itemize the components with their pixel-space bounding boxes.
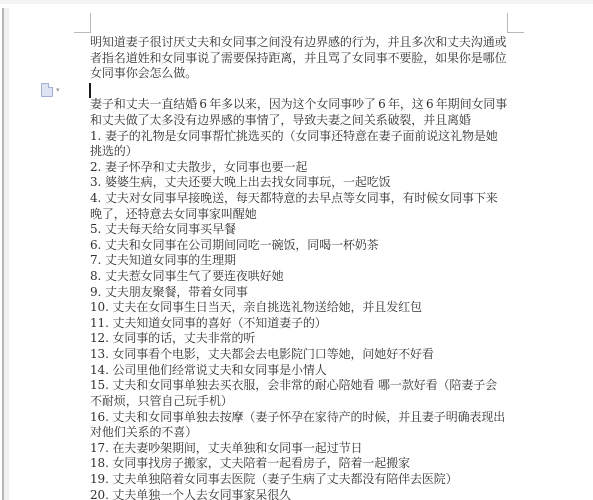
page-top-edge-shading [0, 0, 593, 4]
document-text-area[interactable]: 明知道妻子很讨厌丈夫和女同事之间没有边界感的行为，并且多次和丈夫沟通或 者指名道… [90, 35, 550, 500]
text-line[interactable]: 对他们关系的不喜） [90, 425, 550, 441]
text-line[interactable]: 18. 女同事找房子搬家，丈夫陪着一起看房子，陪着一起搬家 [90, 456, 550, 472]
text-line[interactable]: 16. 丈夫和女同事单独去按摩（妻子怀孕在家待产的时候，并且妻子明确表现出 [90, 410, 550, 426]
text-line[interactable]: 14. 公司里他们经常说丈夫和女同事是小情人 [90, 363, 550, 379]
text-line[interactable]: 10. 丈夫在女同事生日当天，亲自挑选礼物送给她，并且发红包 [90, 300, 550, 316]
text-line[interactable]: 12. 女同事的话，丈夫非常的听 [90, 331, 550, 347]
text-boundary-mark-top-right [507, 13, 524, 33]
text-line[interactable]: 妻子和丈夫一直结婚 6 年多以来，因为这个女同事吵了 6 年，这 6 年期间女同… [90, 97, 550, 113]
text-line[interactable]: 1. 妻子的礼物是女同事帮忙挑选买的（女同事还特意在妻子面前说这礼物是她 [90, 129, 550, 145]
text-line[interactable]: 和丈夫做了太多没有边界感的事情了，导致夫妻之间关系破裂，并且离婚 [90, 113, 550, 129]
text-line[interactable]: 15. 丈夫和女同事单独去买衣服，会非常的耐心陪她看 哪一款好看（陪妻子会 [90, 378, 550, 394]
text-line[interactable]: 6. 丈夫和女同事在公司期间同吃一碗饭，同喝一杯奶茶 [90, 238, 550, 254]
chevron-down-icon: ▾ [56, 87, 60, 94]
text-line[interactable]: 挑选的） [90, 144, 550, 160]
text-line[interactable]: 13. 女同事看个电影，丈夫都会去电影院门口等她，问她好不好看 [90, 347, 550, 363]
text-line[interactable]: 3. 婆婆生病，丈夫还要大晚上出去找女同事玩，一起吃饭 [90, 175, 550, 191]
text-line[interactable]: 7. 丈夫知道女同事的生理期 [90, 253, 550, 269]
text-line[interactable]: 者指名道姓和女同事说了需要保持距离，并且骂了女同事不要脸，如果你是哪位 [90, 51, 550, 67]
text-line-empty-caret-line[interactable] [90, 82, 550, 98]
text-line[interactable]: 20. 丈夫单独一个人去女同事家呆很久 [90, 488, 550, 500]
text-line[interactable]: 晚了，还特意去女同事家叫醒她 [90, 207, 550, 223]
text-line[interactable]: 8. 丈夫惹女同事生气了要连夜哄好她 [90, 269, 550, 285]
text-line[interactable]: 17. 在夫妻吵架期间，丈夫单独和女同事一起过节日 [90, 441, 550, 457]
text-line[interactable]: 9. 丈夫朋友聚餐，带着女同事 [90, 285, 550, 301]
paste-options-button[interactable]: ▾ [41, 83, 60, 97]
paste-options-icon [41, 83, 53, 97]
text-boundary-mark-top-left [74, 13, 91, 33]
text-line[interactable]: 明知道妻子很讨厌丈夫和女同事之间没有边界感的行为，并且多次和丈夫沟通或 [90, 35, 550, 51]
text-line[interactable]: 11. 丈夫知道女同事的喜好（不知道妻子的） [90, 316, 550, 332]
text-line[interactable]: 女同事你会怎么做。 [90, 66, 550, 82]
text-line[interactable]: 不耐烦，只管自己玩手机） [90, 394, 550, 410]
text-line[interactable]: 19. 丈夫单独陪着女同事去医院（妻子生病了丈夫都没有陪伴去医院） [90, 472, 550, 488]
text-line[interactable]: 5. 丈夫每天给女同事买早餐 [90, 222, 550, 238]
text-line[interactable]: 4. 丈夫对女同事早接晚送，每天都特意的去早点等女同事，有时候女同事下来 [90, 191, 550, 207]
text-line[interactable]: 2. 妻子怀孕和丈夫散步，女同事也要一起 [90, 160, 550, 176]
page-left-edge-fill [4, 8, 9, 500]
